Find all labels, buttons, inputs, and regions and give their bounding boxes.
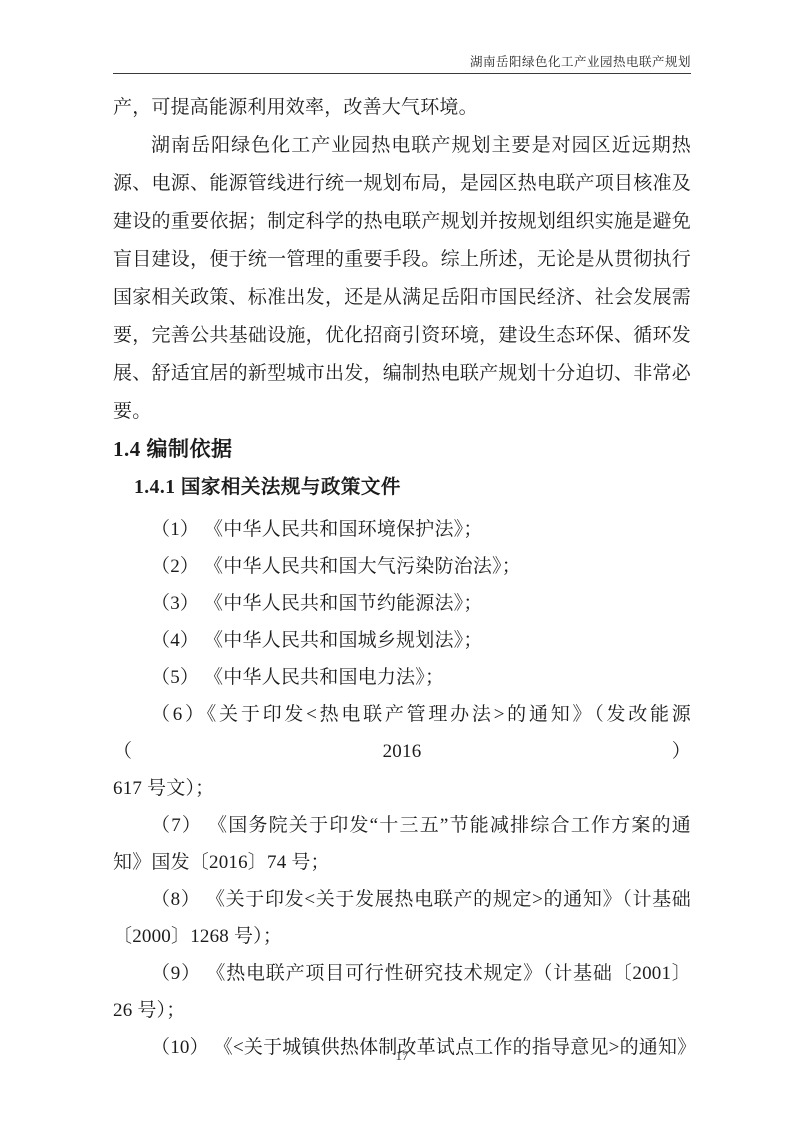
list-item-line: （1） 《中华人民共和国环境保护法》； — [113, 511, 691, 548]
list-item-line: 617 号文）； — [113, 770, 691, 807]
section-heading: 1.4 编制依据 — [113, 432, 691, 466]
page-header: 湖南岳阳绿色化工产业园热电联产规划 — [113, 54, 691, 70]
list-item-line: 26 号）； — [113, 992, 691, 1029]
list-item-line: （5） 《中华人民共和国电力法》； — [113, 659, 691, 696]
body-line: 产，可提高能源利用效率，改善大气环境。 — [113, 89, 691, 127]
body-line: 展、舒适宜居的新型城市出发，编制热电联产规划十分迫切、非常必 — [113, 355, 691, 393]
list-item-line: （6）《关于印发<热电联产管理办法>的通知》（发改能源（2016） — [113, 696, 691, 770]
body-line: 要，完善公共基础设施，优化招商引资环境，建设生态环保、循环发 — [113, 317, 691, 355]
body-line: 建设的重要依据；制定科学的热电联产规划并按规划组织实施是避免 — [113, 203, 691, 241]
list-item: （5） 《中华人民共和国电力法》； — [113, 659, 691, 696]
subsection-heading: 1.4.1 国家相关法规与政策文件 — [134, 471, 691, 505]
list-item: （7） 《国务院关于印发“十三五”节能减排综合工作方案的通 知》国发〔2016〕… — [113, 807, 691, 881]
list-item: （1） 《中华人民共和国环境保护法》； — [113, 511, 691, 548]
legal-reference-list: （1） 《中华人民共和国环境保护法》； （2） 《中华人民共和国大气污染防治法》… — [113, 511, 691, 1066]
list-item: （2） 《中华人民共和国大气污染防治法》； — [113, 548, 691, 585]
body-line: 国家相关政策、标准出发，还是从满足岳阳市国民经济、社会发展需 — [113, 279, 691, 317]
list-item-line: （2） 《中华人民共和国大气污染防治法》； — [113, 548, 691, 585]
header-title: 湖南岳阳绿色化工产业园热电联产规划 — [470, 55, 691, 69]
body-line: 要。 — [113, 393, 691, 431]
list-item-line: 〔2000〕1268 号）； — [113, 918, 691, 955]
list-item: （9） 《热电联产项目可行性研究技术规定》（计基础〔2001〕 26 号）； — [113, 955, 691, 1029]
body-line: 湖南岳阳绿色化工产业园热电联产规划主要是对园区近远期热 — [113, 127, 691, 165]
document-body: 产，可提高能源利用效率，改善大气环境。 湖南岳阳绿色化工产业园热电联产规划主要是… — [113, 89, 691, 1066]
page-number: 17 — [396, 1048, 409, 1063]
body-line: 源、电源、能源管线进行统一规划布局，是园区热电联产项目核准及 — [113, 165, 691, 203]
list-item: （8） 《关于印发<关于发展热电联产的规定>的通知》（计基础 〔2000〕126… — [113, 881, 691, 955]
header-rule — [113, 73, 691, 74]
page-footer: 17 — [113, 1048, 691, 1064]
paragraph-main: 湖南岳阳绿色化工产业园热电联产规划主要是对园区近远期热 源、电源、能源管线进行统… — [113, 127, 691, 431]
document-page: 湖南岳阳绿色化工产业园热电联产规划 产，可提高能源利用效率，改善大气环境。 湖南… — [0, 0, 793, 1122]
list-item: （4） 《中华人民共和国城乡规划法》； — [113, 622, 691, 659]
list-item-line: （9） 《热电联产项目可行性研究技术规定》（计基础〔2001〕 — [113, 955, 691, 992]
list-item-line: 知》国发〔2016〕74 号； — [113, 844, 691, 881]
list-item-line: （7） 《国务院关于印发“十三五”节能减排综合工作方案的通 — [113, 807, 691, 844]
paragraph-continuation: 产，可提高能源利用效率，改善大气环境。 — [113, 89, 691, 127]
body-line: 盲目建设，便于统一管理的重要手段。综上所述，无论是从贯彻执行 — [113, 241, 691, 279]
list-item: （3） 《中华人民共和国节约能源法》； — [113, 585, 691, 622]
list-item-line: （4） 《中华人民共和国城乡规划法》； — [113, 622, 691, 659]
list-item-line: （8） 《关于印发<关于发展热电联产的规定>的通知》（计基础 — [113, 881, 691, 918]
list-item: （6）《关于印发<热电联产管理办法>的通知》（发改能源（2016） 617 号文… — [113, 696, 691, 807]
list-item-line: （3） 《中华人民共和国节约能源法》； — [113, 585, 691, 622]
